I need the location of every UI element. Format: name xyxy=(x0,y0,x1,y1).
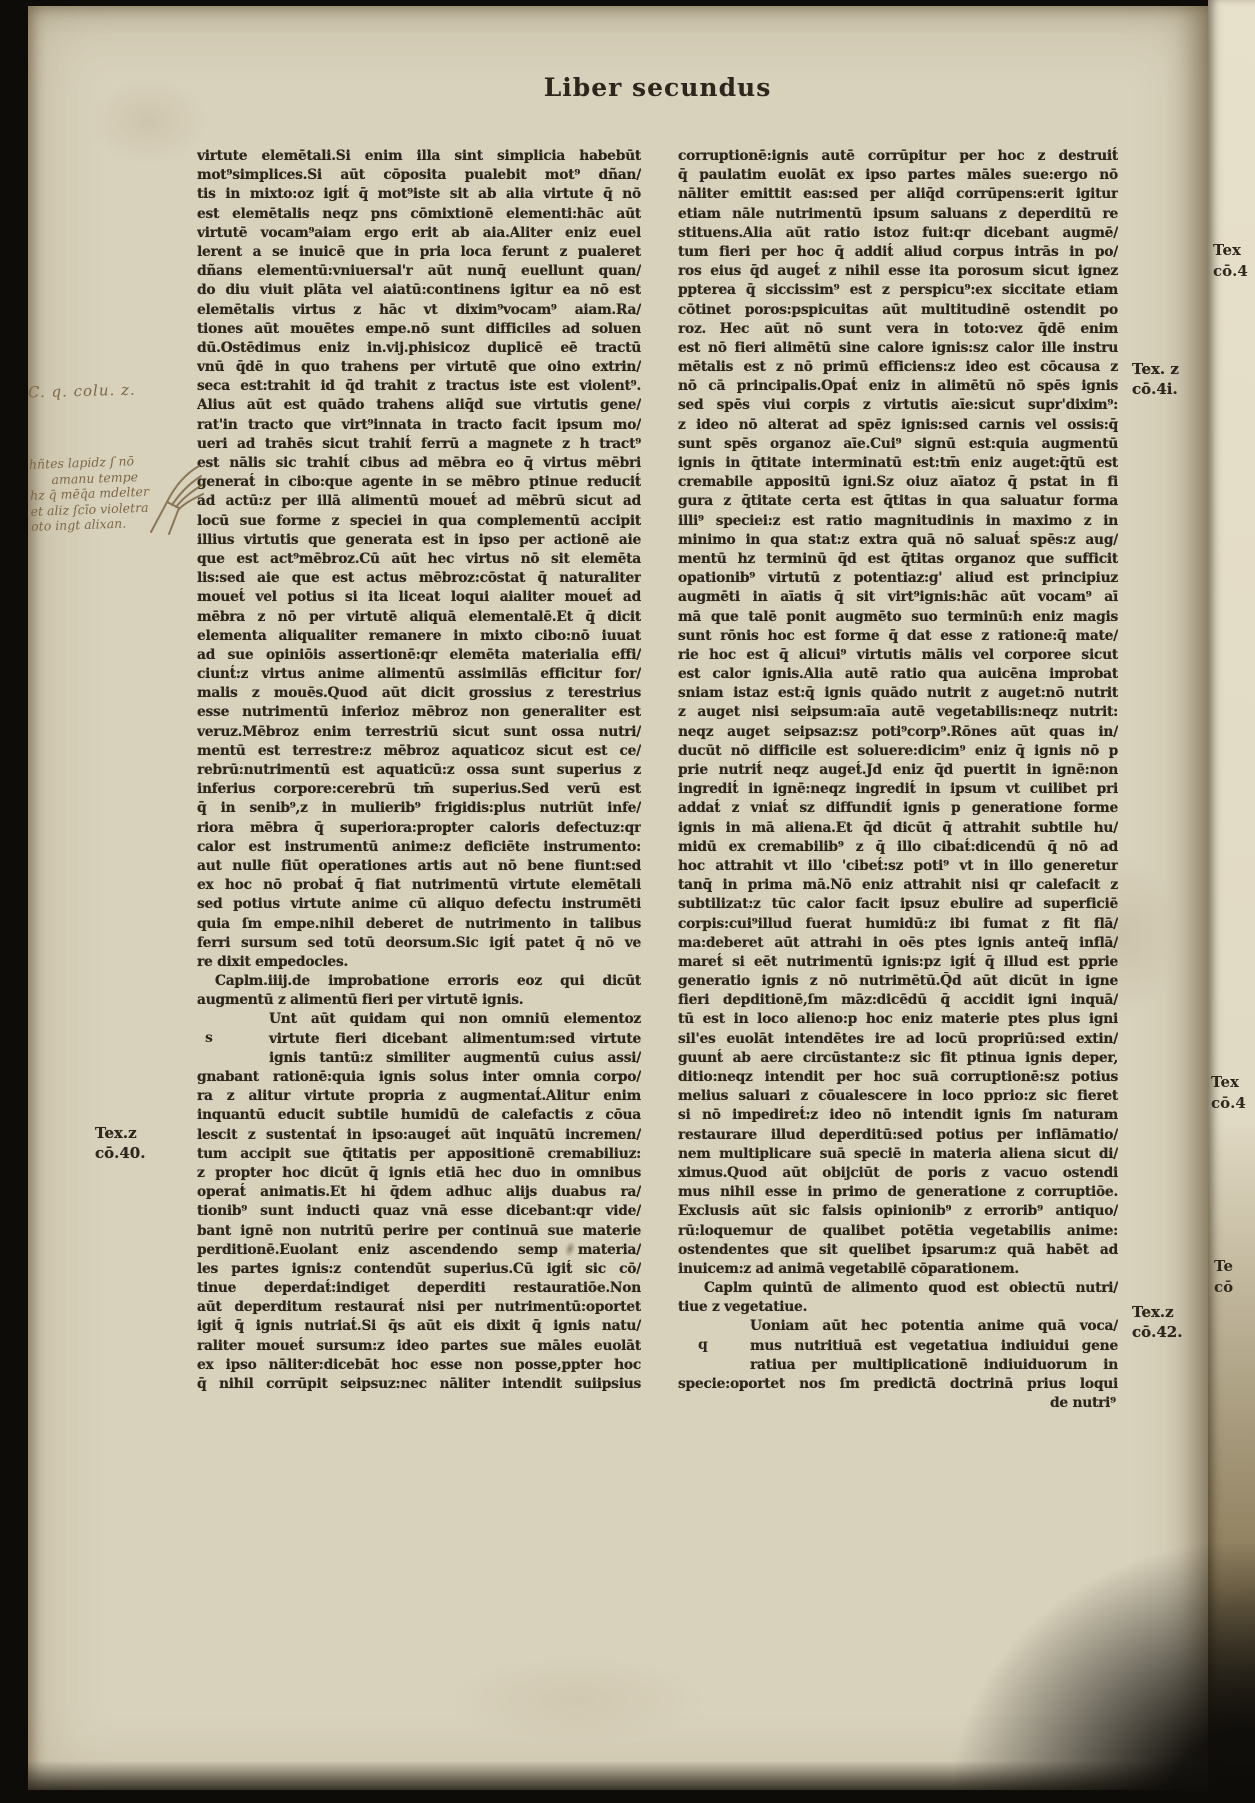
text-line: restaurare illud deperditū:sed potius pe… xyxy=(678,1126,1118,1145)
text-line: quia ſm empe.nihil deberet de nutrimento… xyxy=(197,915,641,934)
text-line: generatio ignis z nō nutrimētū.Q̄d aūt d… xyxy=(678,972,1118,991)
text-line: tiones aūt mouētes empe.nō sunt difficil… xyxy=(197,320,641,339)
text-line: addat́ z vniat́ sz diffundit́ ignis p ge… xyxy=(678,799,1118,818)
text-line: nāliter emittit eas:sed per aliq̄d corrū… xyxy=(678,185,1118,204)
text-line: ueri ad trahēs sicut trahit́ ferrū a mag… xyxy=(197,435,641,454)
text-line: ostendentes que sit quelibet ipsarum:z q… xyxy=(678,1241,1118,1260)
clipped-margin-note: Te cō xyxy=(1214,1256,1233,1298)
text-line: etiam nāle nutrimentū ipsum saluans z de… xyxy=(678,205,1118,224)
margin-note-line: cō.4 xyxy=(1213,261,1248,282)
text-line: riora mēbra q̄ superiora:propter caloris… xyxy=(197,819,641,838)
text-line: midū ex cremabilib⁹ z q̄ illo cibat́:dic… xyxy=(678,838,1118,857)
text-line: Unt aūt quidam qui non omniū elementoz xyxy=(197,1010,641,1029)
text-line: ppterea q̄ siccissim⁹ est z perspicu⁹:ex… xyxy=(678,281,1118,300)
text-line: ignis in mā aliena.Et q̄d dicūt q̄ attra… xyxy=(678,819,1118,838)
page-title: Liber secundus xyxy=(197,73,1118,102)
text-line: mentū hz terminū q̄d est q̄titas organoz… xyxy=(678,550,1118,569)
text-line: cremabile appositū igni.Sz oiuz aīatoz q… xyxy=(678,473,1118,492)
text-line: z propter hoc dicūt q̄ ignis etiā hec du… xyxy=(197,1164,641,1183)
text-line: ratiua per multiplicationē indiuiduorum … xyxy=(678,1356,1118,1375)
text-line: mus nutritiuā est vegetatiua indiuidui g… xyxy=(678,1337,1118,1356)
text-line: mā que talē ponit augmēto suo terminū:h … xyxy=(678,608,1118,627)
text-line: tanq̄ in prima mā.Nō eniz attrahit nisi … xyxy=(678,876,1118,895)
text-line: calor est instrumentū anime:z deficiēte … xyxy=(197,838,641,857)
scanned-book-photo: { "colors":{"ink":"#2e261c","paper":"#d8… xyxy=(0,0,1255,1803)
text-line: malis z mouēs.Quod aūt dicit grossius z … xyxy=(197,684,641,703)
text-line: roz. Hec aūt nō sunt vera in toto:vez q̄… xyxy=(678,320,1118,339)
text-line: sil'es euolāt intendētes ire ad locū pro… xyxy=(678,1030,1118,1049)
text-line: sed potius virtute anime cū aliquo defec… xyxy=(197,895,641,914)
text-line: ingredit́ in ignē:neqz ingredit́ in ipsu… xyxy=(678,780,1118,799)
text-line: neqz auget seipsaz:sz poti⁹corp⁹.Rōnes a… xyxy=(678,723,1118,742)
text-line: sunt rōnis hoc est forme q̄ dat esse z r… xyxy=(678,627,1118,646)
text-line: esse nutrimentū inferioz mēbroz non gene… xyxy=(197,703,641,722)
text-line: q̄ nihil corrūpit seipsuz:nec nāliter in… xyxy=(197,1375,641,1394)
text-line: ditio:neqz intendit per hoc suā corrupti… xyxy=(678,1068,1118,1087)
text-line: gura z q̄titate certa est q̄titas in qua… xyxy=(678,492,1118,511)
text-line: igit́ q̄ ignis nutriat́.Si q̄s aūt eis d… xyxy=(197,1317,641,1336)
text-line: Caplm.iiij.de improbatione erroris eoz q… xyxy=(197,972,641,991)
text-line: corruptionē:ignis autē corrūpitur per ho… xyxy=(678,147,1118,166)
text-column-left: virtute elemētali.Si enim illa sint simp… xyxy=(197,147,641,1394)
text-line: virtute elemētali.Si enim illa sint simp… xyxy=(197,147,641,166)
text-line: tū est in loco alieno:p hoc eniz materie… xyxy=(678,1010,1118,1029)
text-line: nem multiplicare suā speciē in materia a… xyxy=(678,1145,1118,1164)
dropcap-guide-letter: q xyxy=(698,1337,708,1353)
text-line: ciunt́:z virtus anime alimentū assimilās… xyxy=(197,665,641,684)
text-line: fieri depditionē,ſm māz:dicēdū q̄ accidi… xyxy=(678,991,1118,1010)
text-line: stituens.Alia aūt ratio istoz fuit:qr di… xyxy=(678,224,1118,243)
clipped-margin-note: Tex cō.4 xyxy=(1213,240,1248,282)
text-line: que est act⁹mēbroz.Cū aūt hec virtus nō … xyxy=(197,550,641,569)
margin-note-line: Te xyxy=(1214,1256,1233,1277)
text-line: raliter mouet́ sursum:z ideo partes sue … xyxy=(197,1337,641,1356)
text-line: rū:loquemur de qualibet potētia vegetabi… xyxy=(678,1222,1118,1241)
text-line: re dixit empedocles. xyxy=(197,953,641,972)
text-line: dñans elementū:vniuersal'r aūt nunq̄ eue… xyxy=(197,262,641,281)
text-line: ximus.Quod aūt obijciūt de poris z vacuo… xyxy=(678,1164,1118,1183)
text-line: lescit z sustentat́ in ipso:auget́ aūt i… xyxy=(197,1126,641,1145)
paper-stain xyxy=(88,76,208,166)
text-line: sunt spēs organoz aīe.Cui⁹ signū est:qui… xyxy=(678,435,1118,454)
text-line: mentū est terrestre:z mēbroz aquaticoz s… xyxy=(197,742,641,761)
text-line: maret́ si eēt nutrimentū ignis:pz igit́ … xyxy=(678,953,1118,972)
text-line: est nō fieri alimētū sine calore ignis:s… xyxy=(678,339,1118,358)
text-line: Uoniam aūt hec potentia anime quā voca/ xyxy=(678,1317,1118,1336)
margin-note-tex-42: Tex.z cō.42. xyxy=(1132,1302,1182,1342)
text-line: dū.Ostēdimus eniz in.vij.phisicoz duplic… xyxy=(197,339,641,358)
text-line: virtutē vocam⁹aiam ergo erit ab aia.Alit… xyxy=(197,224,641,243)
paper-stain xyxy=(448,1656,708,1746)
text-line: minimo in qua stat:z extra quā nō saluat… xyxy=(678,531,1118,550)
text-line: lis:sed aie que est actus mēbroz:cōstat … xyxy=(197,569,641,588)
text-line: si nō impediret́:z ideo nō intendit igni… xyxy=(678,1106,1118,1125)
text-line: inquantū educit subtile humidū de calefa… xyxy=(197,1106,641,1125)
text-line: opationib⁹ virtutū z potentiaz:g' aliud … xyxy=(678,569,1118,588)
text-line: Alius aūt est quādo trahens aliq̄d sue v… xyxy=(197,396,641,415)
text-line: guunt́ ab aere circūstante:z sic fit pti… xyxy=(678,1049,1118,1068)
text-line: bant ignē non nutritū perire per continu… xyxy=(197,1222,641,1241)
text-line: cōtinet poros:pspicuitas aūt multitudinē… xyxy=(678,301,1118,320)
margin-note-line: Tex.z xyxy=(95,1123,145,1143)
text-line: rie hoc est q̄ alicui⁹ virtutis mālis ve… xyxy=(678,646,1118,665)
text-line: tum fieri per hoc q̄ addit́ aliud corpus… xyxy=(678,243,1118,262)
handwritten-reference-note: C. q. colu. z. xyxy=(28,381,136,402)
margin-note-line: cō.4i. xyxy=(1132,379,1179,399)
text-line: illi⁹ speciei:z est ratio magnitudinis i… xyxy=(678,512,1118,531)
text-line: mus nihil esse in primo de generatione z… xyxy=(678,1183,1118,1202)
manicule-icon xyxy=(145,458,209,536)
text-line: ferri sursum sed totū deorsum.Sic igit́ … xyxy=(197,934,641,953)
dropcap-guide-letter: s xyxy=(205,1030,213,1046)
text-line: q̄ paulatim euolāt ex ipso partes māles … xyxy=(678,166,1118,185)
text-line: sed spēs viui corpis z virtutis aīe:sicu… xyxy=(678,396,1118,415)
text-line: elemētalis virtus z hāc vt dixim⁹vocam⁹ … xyxy=(197,301,641,320)
text-line: generat́ in cibo:que agente in se mēbro … xyxy=(197,473,641,492)
margin-note-line: Tex. z xyxy=(1132,359,1179,379)
text-line: ad actū:z per illā alimentū mouet́ ad mē… xyxy=(197,492,641,511)
text-line: ignis tantū:z similiter augmentū cuius a… xyxy=(197,1049,641,1068)
text-line: mētalis est z nō primū efficiens:z ideo … xyxy=(678,358,1118,377)
margin-note-line: cō.42. xyxy=(1132,1322,1182,1342)
text-line: locū sue forme z speciei in qua compleme… xyxy=(197,512,641,531)
text-line: mēbra z nō per virtutē aliquā elementalē… xyxy=(197,608,641,627)
text-line: seca est:trahit id q̄d trahit z tractus … xyxy=(197,377,641,396)
text-line: aūt deperditum restaurat́ nisi per nutri… xyxy=(197,1298,641,1317)
text-line: ex hoc nō probat́ q̄ fiat nutrimentū vir… xyxy=(197,876,641,895)
text-line: mot⁹simplices.Si aūt cōposita pualebit m… xyxy=(197,166,641,185)
text-line: sniam istaz est:q̄ ignis quādo nutrit z … xyxy=(678,684,1118,703)
text-line: augmēti in aīatis q̄ sit virt⁹ignis:hāc … xyxy=(678,588,1118,607)
text-line: lerent a se inuicē que in pria loca feru… xyxy=(197,243,641,262)
text-line: inuicem:z ad animā vegetabilē cōparation… xyxy=(678,1260,1118,1279)
text-line: tum accipit sue q̄titatis per apposition… xyxy=(197,1145,641,1164)
text-line: specie:oportet nos ſm predictā doctrinā … xyxy=(678,1375,1118,1394)
text-line: Exclusis aūt sic falsis opinionib⁹ z err… xyxy=(678,1202,1118,1221)
text-line: ex ipso nāliter:dicebāt hoc esse non pos… xyxy=(197,1356,641,1375)
margin-note-line: Tex xyxy=(1213,240,1248,261)
text-line: z ideo nō alterat ad spēz ignis:sed carn… xyxy=(678,416,1118,435)
text-line: z auget nisi seipsum:aīa autē vegetabili… xyxy=(678,703,1118,722)
text-line: operat́ animatis.Et hi q̄dem adhuc alijs… xyxy=(197,1183,641,1202)
text-column-right: corruptionē:ignis autē corrūpitur per ho… xyxy=(678,147,1118,1413)
text-line: hoc attrahit vt illo 'cibet́:sz poti⁹ vt… xyxy=(678,857,1118,876)
text-line: subtilizat:z tūc calor facit ipsuz ebuli… xyxy=(678,895,1118,914)
margin-note-tex-41: Tex. z cō.4i. xyxy=(1132,359,1179,399)
text-line: melius saluari z cōualescere in loco ppr… xyxy=(678,1087,1118,1106)
text-line: virtute fieri dicebant alimentum:sed vir… xyxy=(197,1030,641,1049)
clipped-margin-note: Tex cō.4 xyxy=(1211,1072,1246,1114)
text-line: ma:deberet aūt attrahi in oēs ptes ignis… xyxy=(678,934,1118,953)
text-line: rat'in tracto que virt⁹innata in tracto … xyxy=(197,416,641,435)
text-line: Caplm quintū de alimento quod est obiect… xyxy=(678,1279,1118,1298)
text-line: illius virtutis que generata est in ipso… xyxy=(197,531,641,550)
page-corner-shadow xyxy=(955,1543,1255,1803)
margin-note-line: Tex xyxy=(1211,1072,1246,1093)
text-line: est elemētalis neqz pns cōmixtionē eleme… xyxy=(197,205,641,224)
text-line: ra z alitur virtute propria z augmentat́… xyxy=(197,1087,641,1106)
next-page-edge: Tex cō.4 Tex cō.4 Te cō xyxy=(1208,0,1255,1803)
text-line: q̄ in senib⁹,z in mulierib⁹ frigidis:plu… xyxy=(197,799,641,818)
text-line: ros eius q̄d auget́ z nihil esse ita por… xyxy=(678,262,1118,281)
book-page: Liber secundus virtute elemētali.Si enim… xyxy=(28,6,1208,1790)
text-line: vnū q̄dē in quo trahens per virtutē que … xyxy=(197,358,641,377)
text-line: de nutri⁹ xyxy=(678,1394,1118,1413)
text-line: est calor ignis.Alia autē ratio qua auic… xyxy=(678,665,1118,684)
text-line: ducūt nō difficile est soluere:dicim⁹ en… xyxy=(678,742,1118,761)
text-line: inferius corpore:cerebrū tm̄ superius.Se… xyxy=(197,780,641,799)
text-line: gnabant rationē:quia ignis solus inter o… xyxy=(197,1068,641,1087)
text-line: ad sue opiniōis assertionē:qr elemēta ma… xyxy=(197,646,641,665)
margin-note-line: cō.40. xyxy=(95,1143,145,1163)
text-line: augmentū z alimentū fieri per virtutē ig… xyxy=(197,991,641,1010)
text-line: do diu viuit plāta vel aiatū:continens i… xyxy=(197,281,641,300)
text-line: ignis in q̄titate interminatū est:tm̄ en… xyxy=(678,454,1118,473)
text-line: est nālis sic trahit́ cibus ad mēbra eo … xyxy=(197,454,641,473)
margin-note-tex-40: Tex.z cō.40. xyxy=(95,1123,145,1163)
text-line: nō cā principalis.Opat́ eniz in alimētū … xyxy=(678,377,1118,396)
text-line: aut nulle fiūt operationes artis aut nō … xyxy=(197,857,641,876)
text-line: elementa aliqualiter remanere in mixto c… xyxy=(197,627,641,646)
text-line: veruz.Mēbroz enim terrestriū sicut sunt … xyxy=(197,723,641,742)
margin-note-line: cō.4 xyxy=(1211,1093,1246,1114)
text-line: tinue deperdat́:indiget deperditi restau… xyxy=(197,1279,641,1298)
text-line: les partes ignis:z contendūt superius.Cū… xyxy=(197,1260,641,1279)
text-line: mouet́ vel potius si ita liceat loqui ai… xyxy=(197,588,641,607)
margin-note-line: Tex.z xyxy=(1132,1302,1182,1322)
margin-note-line: cō xyxy=(1214,1277,1233,1298)
text-line: rebrū:nutrimentū est aquaticū:z ossa sun… xyxy=(197,761,641,780)
text-line: corpis:cui⁹illud fuerat humidū:z ibi fum… xyxy=(678,915,1118,934)
text-line: prie nutrit́ neqz auget́.Jd eniz q̄d pue… xyxy=(678,761,1118,780)
text-line: tionib⁹ sunt inducti quaz vnā esse diceb… xyxy=(197,1202,641,1221)
text-line: tis in mixto:oz igit́ q̄ mot⁹iste sit ab… xyxy=(197,185,641,204)
text-line: tiue z vegetatiue. xyxy=(678,1298,1118,1317)
